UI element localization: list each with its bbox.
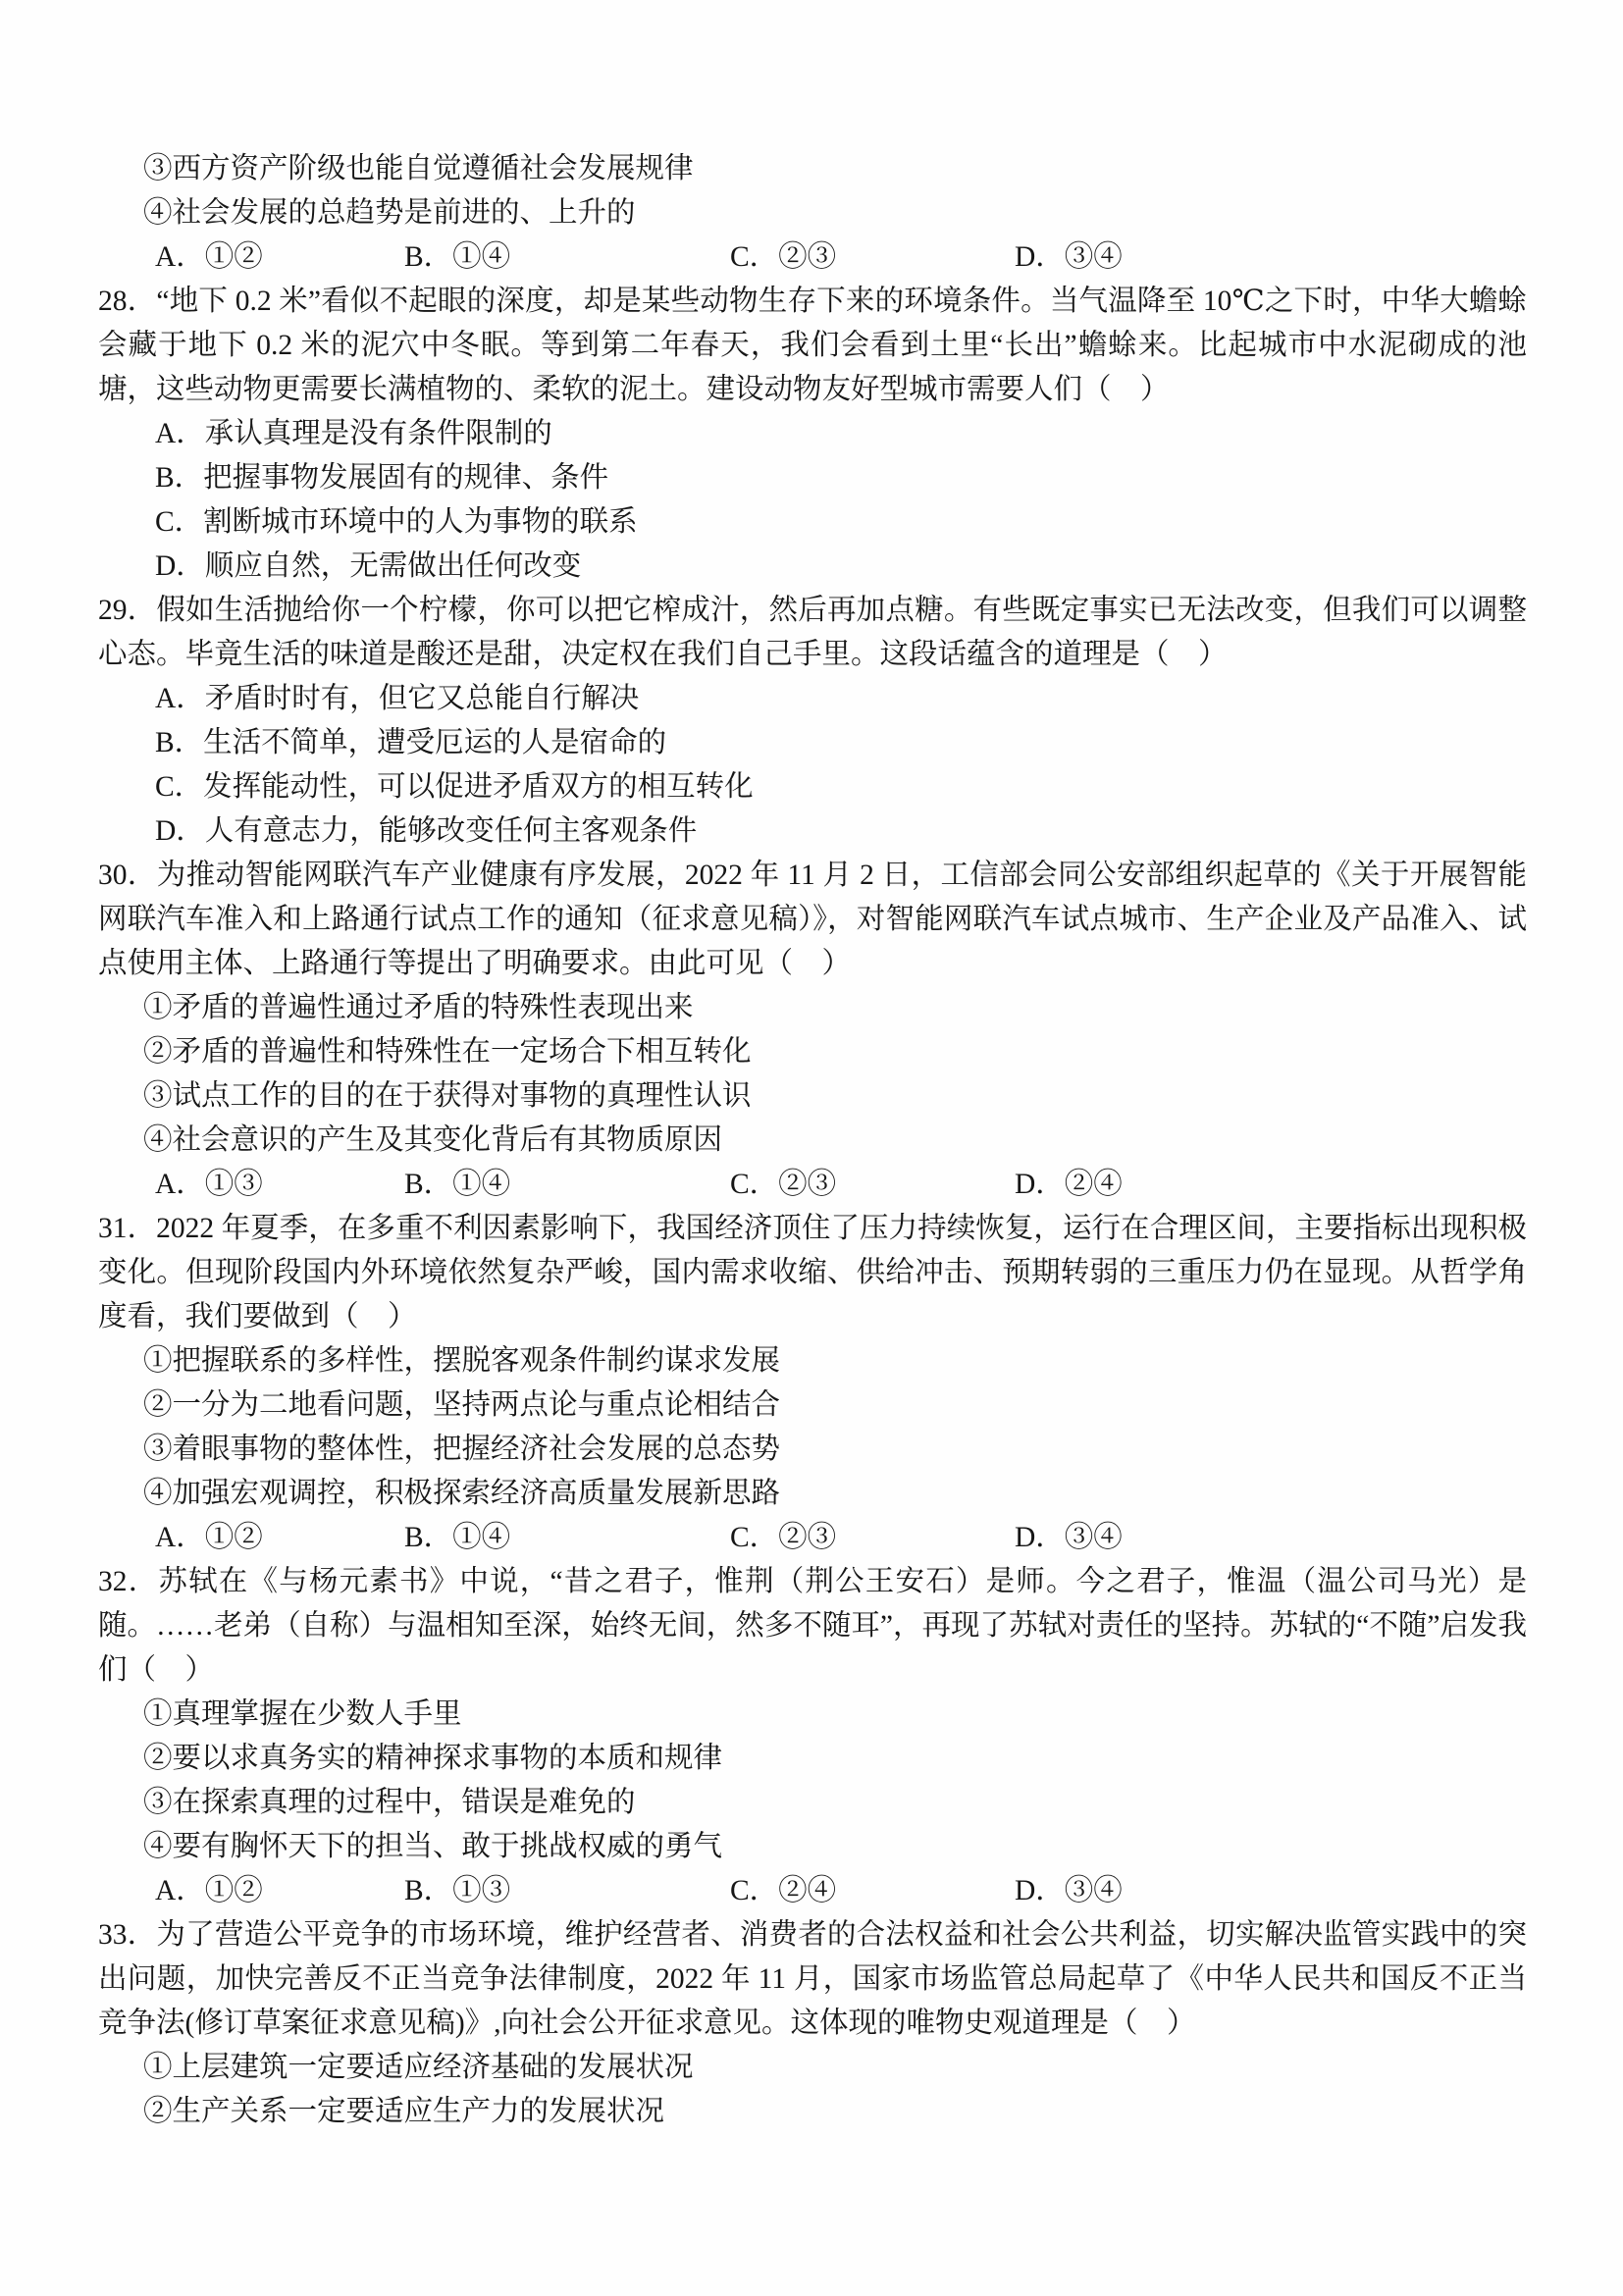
numbered-item: ③西方资产阶级也能自觉遵循社会发展规律: [98, 147, 1527, 191]
answer-option-d: D．③④: [1015, 1516, 1527, 1560]
question-30-stem: 30．为推动智能网联汽车产业健康有序发展，2022 年 11 月 2 日，工信部…: [98, 854, 1527, 986]
answer-option-c: C．②③: [730, 1163, 1015, 1207]
answer-options-row: A．①② B．①④ C．②③ D．③④: [98, 1516, 1527, 1560]
question-29: 29．假如生活抛给你一个柠檬，你可以把它榨成汁，然后再加点糖。有些既定事实已无法…: [98, 589, 1527, 854]
answer-option-a: A．①②: [155, 1516, 404, 1560]
numbered-item: ①把握联系的多样性，摆脱客观条件制约谋求发展: [98, 1339, 1527, 1383]
numbered-item: ③着眼事物的整体性，把握经济社会发展的总态势: [98, 1428, 1527, 1472]
answer-option-b: B．①③: [404, 1869, 730, 1913]
question-28: 28．“地下 0.2 米”看似不起眼的深度，却是某些动物生存下来的环境条件。当气…: [98, 280, 1527, 589]
numbered-item: ④社会意识的产生及其变化背后有其物质原因: [98, 1119, 1527, 1163]
numbered-item: ①矛盾的普遍性通过矛盾的特殊性表现出来: [98, 986, 1527, 1030]
question-30: 30．为推动智能网联汽车产业健康有序发展，2022 年 11 月 2 日，工信部…: [98, 854, 1527, 1207]
question-27-fragment: ③西方资产阶级也能自觉遵循社会发展规律 ④社会发展的总趋势是前进的、上升的 A．…: [98, 147, 1527, 280]
question-33-stem: 33．为了营造公平竞争的市场环境，维护经营者、消费者的合法权益和社会公共利益，切…: [98, 1913, 1527, 2046]
numbered-item: ①上层建筑一定要适应经济基础的发展状况: [98, 2046, 1527, 2090]
question-33: 33．为了营造公平竞争的市场环境，维护经营者、消费者的合法权益和社会公共利益，切…: [98, 1913, 1527, 2134]
exam-document-page: ③西方资产阶级也能自觉遵循社会发展规律 ④社会发展的总趋势是前进的、上升的 A．…: [0, 0, 1623, 2296]
answer-option-a: A．①②: [155, 1869, 404, 1913]
answer-option-a: A．①②: [155, 235, 404, 280]
choice-b: B．生活不简单，遭受厄运的人是宿命的: [98, 721, 1527, 765]
choice-d: D．顺应自然，无需做出任何改变: [98, 545, 1527, 589]
numbered-item: ②一分为二地看问题，坚持两点论与重点论相结合: [98, 1383, 1527, 1428]
numbered-item: ③试点工作的目的在于获得对事物的真理性认识: [98, 1074, 1527, 1119]
answer-options-row: A．①② B．①④ C．②③ D．③④: [98, 235, 1527, 280]
question-28-stem: 28．“地下 0.2 米”看似不起眼的深度，却是某些动物生存下来的环境条件。当气…: [98, 280, 1527, 412]
answer-option-d: D．③④: [1015, 235, 1527, 280]
answer-option-b: B．①④: [404, 235, 730, 280]
numbered-item: ④社会发展的总趋势是前进的、上升的: [98, 191, 1527, 235]
choice-c: C．发挥能动性，可以促进矛盾双方的相互转化: [98, 765, 1527, 809]
numbered-item: ④加强宏观调控，积极探索经济高质量发展新思路: [98, 1472, 1527, 1516]
answer-option-c: C．②③: [730, 1516, 1015, 1560]
question-29-stem: 29．假如生活抛给你一个柠檬，你可以把它榨成汁，然后再加点糖。有些既定事实已无法…: [98, 589, 1527, 677]
numbered-item: ③在探索真理的过程中，错误是难免的: [98, 1781, 1527, 1825]
answer-option-d: D．②④: [1015, 1163, 1527, 1207]
choice-d: D．人有意志力，能够改变任何主客观条件: [98, 809, 1527, 854]
choice-a: A．矛盾时时有，但它又总能自行解决: [98, 677, 1527, 721]
question-31: 31．2022 年夏季，在多重不利因素影响下，我国经济顶住了压力持续恢复，运行在…: [98, 1207, 1527, 1560]
question-32-stem: 32．苏轼在《与杨元素书》中说，“昔之君子，惟荆（荆公王安石）是师。今之君子，惟…: [98, 1560, 1527, 1693]
numbered-item: ②矛盾的普遍性和特殊性在一定场合下相互转化: [98, 1030, 1527, 1074]
answer-option-a: A．①③: [155, 1163, 404, 1207]
numbered-item: ②要以求真务实的精神探求事物的本质和规律: [98, 1737, 1527, 1781]
choice-a: A．承认真理是没有条件限制的: [98, 412, 1527, 456]
question-32: 32．苏轼在《与杨元素书》中说，“昔之君子，惟荆（荆公王安石）是师。今之君子，惟…: [98, 1560, 1527, 1913]
answer-options-row: A．①② B．①③ C．②④ D．③④: [98, 1869, 1527, 1913]
answer-option-c: C．②③: [730, 235, 1015, 280]
numbered-item: ①真理掌握在少数人手里: [98, 1693, 1527, 1737]
choice-c: C．割断城市环境中的人为事物的联系: [98, 500, 1527, 545]
question-31-stem: 31．2022 年夏季，在多重不利因素影响下，我国经济顶住了压力持续恢复，运行在…: [98, 1207, 1527, 1339]
numbered-item: ④要有胸怀天下的担当、敢于挑战权威的勇气: [98, 1825, 1527, 1869]
numbered-item: ②生产关系一定要适应生产力的发展状况: [98, 2090, 1527, 2134]
answer-option-b: B．①④: [404, 1516, 730, 1560]
answer-option-b: B．①④: [404, 1163, 730, 1207]
answer-option-d: D．③④: [1015, 1869, 1527, 1913]
answer-options-row: A．①③ B．①④ C．②③ D．②④: [98, 1163, 1527, 1207]
answer-option-c: C．②④: [730, 1869, 1015, 1913]
choice-b: B．把握事物发展固有的规律、条件: [98, 456, 1527, 500]
